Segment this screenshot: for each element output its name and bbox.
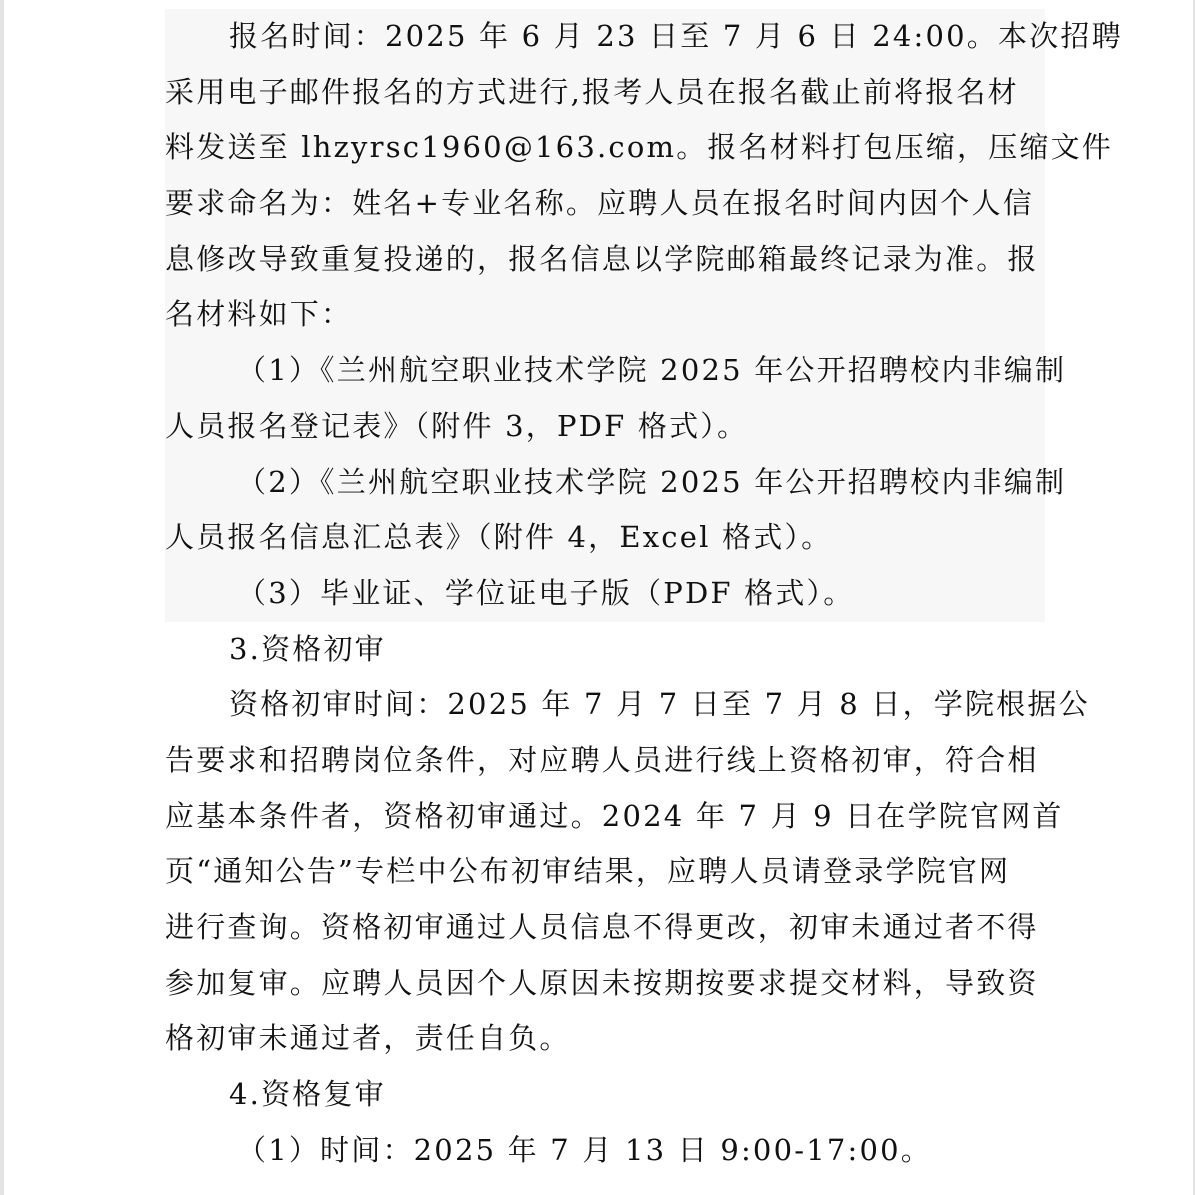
document-page: 报名时间：2025 年 6 月 23 日至 7 月 6 日 24:00。本次招聘… [165,9,1045,1178]
text-line: 告要求和招聘岗位条件，对应聘人员进行线上资格初审，符合相 [165,733,1045,789]
section-heading: 4.资格复审 [165,1067,1045,1123]
materials-list: （1）《兰州航空职业技术学院 2025 年公开招聘校内非编制 人员报名登记表》（… [165,343,1045,621]
section-preliminary-review: 3.资格初审 资格初审时间：2025 年 7 月 7 日至 7 月 8 日，学院… [165,622,1045,1068]
text-line: （2）《兰州航空职业技术学院 2025 年公开招聘校内非编制 [165,455,1045,511]
text-line: （1）时间：2025 年 7 月 13 日 9:00-17:00。 [165,1123,1045,1179]
material-item-3: （3）毕业证、学位证电子版（PDF 格式）。 [165,566,1045,622]
text-line: 页“通知公告”专栏中公布初审结果，应聘人员请登录学院官网 [165,844,1045,900]
text-line: 息修改导致重复投递的，报名信息以学院邮箱最终记录为准。报 [165,232,1045,288]
text-line: 人员报名登记表》（附件 3，PDF 格式）。 [165,399,1045,455]
text-line: 料发送至 lhzyrsc1960@163.com。报名材料打包压缩，压缩文件 [165,120,1045,176]
text-line: 采用电子邮件报名的方式进行,报考人员在报名截止前将报名材 [165,65,1045,121]
registration-paragraph: 报名时间：2025 年 6 月 23 日至 7 月 6 日 24:00。本次招聘… [165,9,1045,343]
text-line: 报名时间：2025 年 6 月 23 日至 7 月 6 日 24:00。本次招聘 [165,9,1045,65]
section-re-review: 4.资格复审 （1）时间：2025 年 7 月 13 日 9:00-17:00。 [165,1067,1045,1178]
text-line: 应基本条件者，资格初审通过。2024 年 7 月 9 日在学院官网首 [165,789,1045,845]
text-line: 资格初审时间：2025 年 7 月 7 日至 7 月 8 日，学院根据公 [165,677,1045,733]
text-line: 要求命名为：姓名+专业名称。应聘人员在报名时间内因个人信 [165,176,1045,232]
text-line: 进行查询。资格初审通过人员信息不得更改，初审未通过者不得 [165,900,1045,956]
text-line: 参加复审。应聘人员因个人原因未按期按要求提交材料，导致资 [165,956,1045,1012]
material-item-1: （1）《兰州航空职业技术学院 2025 年公开招聘校内非编制 人员报名登记表》（… [165,343,1045,454]
page-edge-left [0,0,4,1195]
text-line: （1）《兰州航空职业技术学院 2025 年公开招聘校内非编制 [165,343,1045,399]
text-line: 格初审未通过者，责任自负。 [165,1011,1045,1067]
section-heading: 3.资格初审 [165,622,1045,678]
text-line: 人员报名信息汇总表》（附件 4，Excel 格式）。 [165,510,1045,566]
text-line: 名材料如下： [165,287,1045,343]
material-item-2: （2）《兰州航空职业技术学院 2025 年公开招聘校内非编制 人员报名信息汇总表… [165,455,1045,566]
text-line: （3）毕业证、学位证电子版（PDF 格式）。 [165,566,1045,622]
